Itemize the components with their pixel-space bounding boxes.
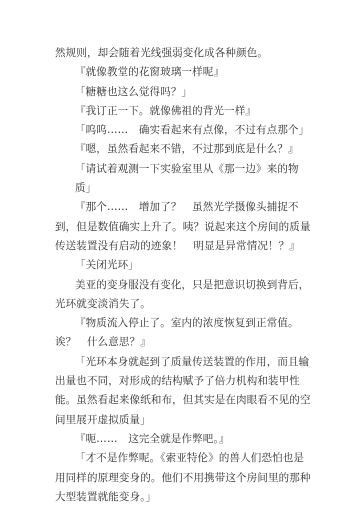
paragraph-dialogue: 『嗯，虽然看起来不错，不过那到底是什么？』 — [55, 140, 313, 159]
paragraph-narration: 然规则，却会随着光线强弱变化成各种颜色。 — [55, 44, 313, 63]
paragraph-dialogue: 「糖糖也这么觉得吗？」 — [55, 83, 313, 102]
paragraph-narration: 美亚的变身服没有变化，只是把意识切换到背后，光环就变淡消失了。 — [55, 276, 313, 315]
document-page: 然规则，却会随着光线强弱变化成各种颜色。 『就像教堂的花窗玻璃一样呢』 「糖糖也… — [55, 44, 313, 507]
paragraph-dialogue: 「关闭光环」 — [55, 256, 313, 275]
paragraph-dialogue: 「光环本身就起到了质量传送装置的作用，而且输出量也不同，对形成的结构赋予了倍力机… — [55, 353, 313, 430]
paragraph-dialogue: 「呜呜…… 确实看起来有点像，不过有点那个」 — [55, 121, 313, 140]
paragraph-dialogue: 「才不是作弊呢。《索亚特伦》的兽人们恐怕也是用同样的原理变身的。他们不用携带这个… — [55, 449, 313, 507]
paragraph-dialogue: 『就像教堂的花窗玻璃一样呢』 — [55, 63, 313, 82]
paragraph-dialogue: 『物质流入停止了。室内的浓度恢复到正常值。诶？ 什么意思？』 — [55, 314, 313, 353]
paragraph-dialogue: 『那个…… 增加了？ 虽然光学摄像头捕捉不到，但是数值确实上升了。咦？说起来这个… — [55, 198, 313, 256]
paragraph-dialogue: 「请试着观测一下实验室里从《那一边》来的物质」 — [55, 160, 313, 199]
paragraph-dialogue: 『我订正一下。就像佛祖的背光一样』 — [55, 102, 313, 121]
paragraph-dialogue: 『呃…… 这完全就是作弊吧。』 — [55, 430, 313, 449]
